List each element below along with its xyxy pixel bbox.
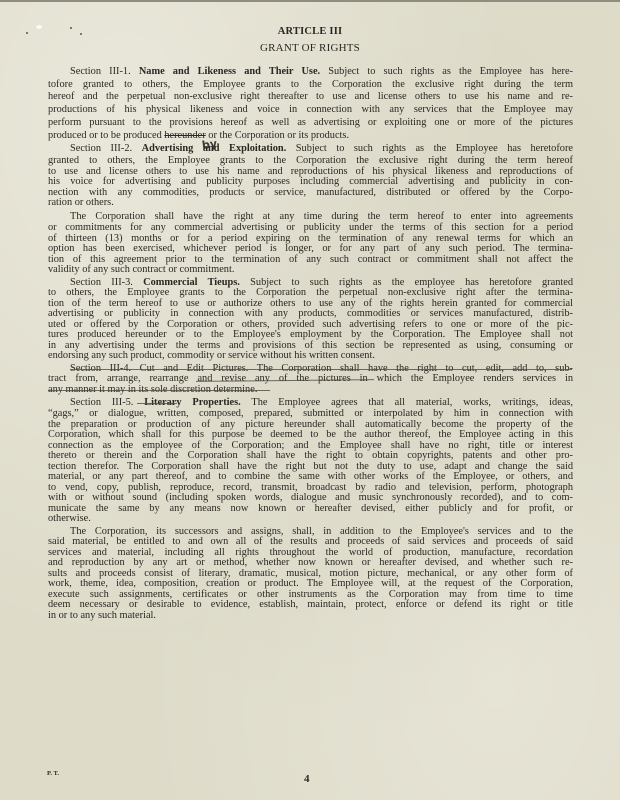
strikethrough-mark <box>48 390 270 391</box>
text-line: perform pursuant to the provisions hereo… <box>48 117 573 130</box>
document-page: ARTICLE III GRANT OF RIGHTS Section III-… <box>0 0 620 800</box>
text-line: Section III-2. Advertising and Exploitat… <box>70 143 573 156</box>
text-line: in or to any such material. <box>48 610 573 623</box>
section-heading: Advertising and Exploitation. <box>142 143 287 154</box>
section-heading: Name and Likeness and Their Use. <box>139 66 320 77</box>
text-line: Section III-1. Name and Likeness and The… <box>70 66 573 79</box>
text-line: tofore granted to others, the Employee g… <box>48 79 573 92</box>
section-heading: Commercial Tieups. <box>143 277 240 288</box>
text-line: hereof and the perpetual non-exclusive r… <box>48 91 573 104</box>
text-line: endorsing any such product, commodity or… <box>48 350 573 363</box>
text-line: produced or to be produced hereunder or … <box>48 130 573 143</box>
page-number: 4 <box>304 773 310 785</box>
footer-initials: P. T. <box>47 770 59 777</box>
text-line: productions of his physical likeness and… <box>48 104 573 117</box>
article-title: GRANT OF RIGHTS <box>0 42 620 54</box>
scan-edge <box>0 0 620 2</box>
text-line: validity of any such contract or commitm… <box>48 264 573 277</box>
struck-word: hereunder <box>164 130 205 141</box>
strikethrough-mark <box>137 403 177 404</box>
text-line: ration or others. <box>48 197 573 210</box>
article-heading: ARTICLE III <box>0 26 620 37</box>
strikethrough-mark <box>70 369 572 370</box>
text-line: otherwise. <box>48 513 573 526</box>
